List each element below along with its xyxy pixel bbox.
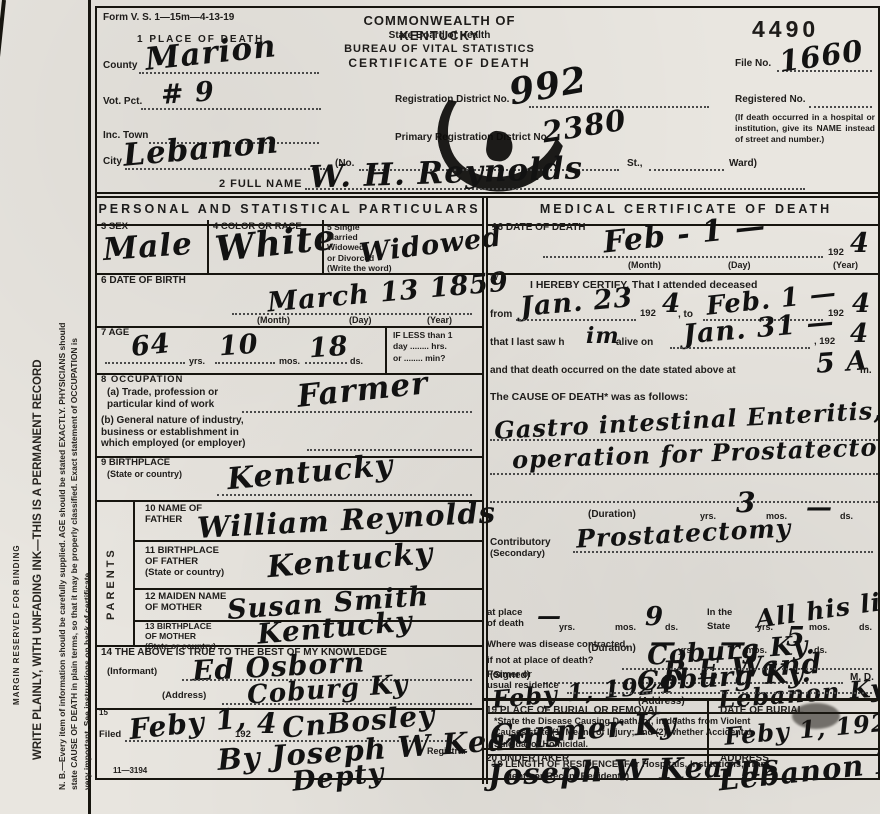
bureau-title: BUREAU OF VITAL STATISTICS <box>332 43 547 56</box>
street-label: St., <box>627 158 643 170</box>
cause-of-death-label: The CAUSE OF DEATH* was as follows: <box>490 391 688 403</box>
sex-value: Male <box>102 229 194 266</box>
row-birthplace: 9 BIRTHPLACE (State or country) Kentucky <box>97 456 482 502</box>
saw-value: Jan. 31 — <box>682 308 835 348</box>
saw-year-base: , 192 <box>814 337 835 348</box>
city-label: City <box>103 156 122 168</box>
dod-year-label: (Year) <box>833 260 858 270</box>
registered-no-label: Registered No. <box>735 94 806 106</box>
informant-address-label: (Address) <box>162 691 206 702</box>
scan-edge-line <box>0 0 6 358</box>
birthplace-state-label: (State or country) <box>107 469 182 479</box>
father-birthplace-label: 11 BIRTHPLACE OF FATHER (State or countr… <box>145 546 224 579</box>
certify-block: 17 I HEREBY CERTIFY, That I attended dec… <box>488 273 880 563</box>
form-number: Form V. S. 1—15m—4-13-19 <box>103 12 234 24</box>
filed-section-number: 15 <box>99 708 108 717</box>
father-name-value: William Reynolds <box>196 498 496 543</box>
age-ds-label: ds. <box>350 356 363 366</box>
parents-block: PARENTS 10 NAME OF FATHER William Reynol… <box>97 500 482 647</box>
secondary-label: (Secondary) <box>490 549 545 560</box>
filed-year-digit: 4 <box>257 710 277 738</box>
duration1-mos-value: 3 <box>736 489 756 517</box>
vot-pct-value: # 9 <box>160 78 216 109</box>
from-value: Jan. 23 <box>519 284 634 321</box>
columns: PERSONAL AND STATISTICAL PARTICULARS 3 S… <box>97 192 878 784</box>
vot-pct-label: Vot. Pct. <box>103 96 142 108</box>
row-undertaker: 20 UNDERTAKER Joseph W Kearns ADDRESS Le… <box>482 748 878 780</box>
age-label: 7 AGE <box>101 328 129 339</box>
contracted-label-1: Where was disease contracted, <box>487 640 628 651</box>
ward-label: Ward) <box>729 158 757 170</box>
file-no-label: File No. <box>735 58 771 70</box>
row-burial: 19 PLACE OF BURIAL OR REMOVAL Canmer Ky … <box>482 698 878 751</box>
ink-smudge <box>792 703 840 729</box>
margin-nb-note: N. B.—Every item of information should b… <box>56 10 93 790</box>
dob-year-label: (Year) <box>427 315 452 325</box>
age-mos-label: mos. <box>279 356 300 366</box>
state-yrs-label: yrs. <box>757 622 773 632</box>
certificate-form: Form V. S. 1—15m—4-13-19 1 PLACE OF DEAT… <box>95 6 880 780</box>
saw-pronoun: im <box>586 325 620 347</box>
row-occupation: 8 OCCUPATION (a) Trade, profession or pa… <box>97 373 482 458</box>
saw-year-digit: 4 <box>850 321 869 347</box>
full-name-label: 2 FULL NAME <box>219 178 303 191</box>
dod-month-label: (Month) <box>628 260 661 270</box>
contributory-value: Prostatectomy <box>575 515 791 551</box>
death-certificate-scan: MARGIN RESERVED FOR BINDING WRITE PLAINL… <box>0 0 880 814</box>
mother-name-label: 12 MAIDEN NAME OF MOTHER <box>145 592 226 614</box>
father-birthplace-value: Kentucky <box>266 539 434 583</box>
to-year-digit: 4 <box>852 291 871 317</box>
if-less-note: IF LESS than 1 day ........ hrs. or ....… <box>393 330 453 364</box>
contributory-label: Contributory <box>490 537 551 549</box>
form-code: 11—3194 <box>113 766 147 775</box>
parents-label: PARENTS <box>105 547 117 620</box>
contracted-label-2: if not at place of death? <box>487 656 594 667</box>
informant-label: (Informant) <box>107 667 157 678</box>
serial-number: 4490 <box>752 16 819 42</box>
deputy-title: Depty <box>291 759 386 796</box>
duration1-ds-value: — <box>806 495 833 521</box>
dob-value: March 13 1859 <box>266 268 510 316</box>
birthplace-label: 9 BIRTHPLACE <box>101 458 170 469</box>
from-label: from <box>490 309 512 321</box>
saw-label-pre: that I last saw h <box>490 337 564 349</box>
filed-label: Filed <box>99 730 121 741</box>
margin-binding-note: MARGIN RESERVED FOR BINDING <box>12 544 21 705</box>
occurred-line: and that death occurred on the date stat… <box>490 365 736 377</box>
age-years-value: 64 <box>130 330 172 361</box>
row-sex-race-marital: 3 SEX Male 4 COLOR OR RACE White 5 Singl… <box>97 220 482 275</box>
hospital-note: (If death occurred in a hospital or inst… <box>735 112 875 145</box>
father-name-label: 10 NAME OF FATHER <box>145 504 202 526</box>
age-days-value: 18 <box>308 333 349 363</box>
at-place-mos-label: mos. <box>615 622 636 632</box>
occupation-b-label: (b) General nature of industry, business… <box>101 415 245 450</box>
board-title: State Board of Health <box>332 30 547 42</box>
at-place-label: at place of death <box>487 608 524 630</box>
medical-section: MEDICAL CERTIFICATE OF DEATH 16 DATE OF … <box>482 198 880 784</box>
state-ds-label: ds. <box>859 622 872 632</box>
row-filed: 15 Filed Feby 1, 192 4 CnBosley Registra… <box>97 708 482 784</box>
row-date-of-death: 16 DATE OF DEATH Feb - 1 — 192 4 (Month)… <box>488 220 880 275</box>
at-place-ds-label: ds. <box>665 622 678 632</box>
occupation-label: 8 OCCUPATION <box>101 375 183 386</box>
age-yrs-label: yrs. <box>189 356 205 366</box>
dob-month-label: (Month) <box>257 315 290 325</box>
occupation-value: Farmer <box>296 368 430 413</box>
occupation-a-label: (a) Trade, profession or particular kind… <box>107 387 218 410</box>
occurred-m-label: m. <box>860 365 872 377</box>
row-date-of-birth: 6 DATE OF BIRTH March 13 1859 (Month) (D… <box>97 273 482 328</box>
birthplace-value: Kentucky <box>226 451 394 495</box>
certificate-title: CERTIFICATE OF DEATH <box>332 57 547 71</box>
dob-label: 6 DATE OF BIRTH <box>101 275 186 287</box>
dod-day-label: (Day) <box>728 260 751 270</box>
margin-write-plainly-note: WRITE PLAINLY, WITH UNFADING INK—THIS IS… <box>32 359 44 760</box>
dod-label: 16 DATE OF DEATH <box>492 222 586 234</box>
age-months-value: 10 <box>218 331 259 361</box>
at-place-yrs-label: yrs. <box>559 622 575 632</box>
from-year-base: 192 <box>640 309 656 320</box>
county-label: County <box>103 60 137 72</box>
filed-date-value: Feby 1, <box>128 704 248 744</box>
certify-number: 17 <box>490 273 499 282</box>
duration1-label: (Duration) <box>588 509 636 521</box>
in-the-label: In the <box>707 608 732 619</box>
dod-year-base: 192 <box>828 248 844 259</box>
former-residence-label: Former or usual residence <box>487 670 559 692</box>
dod-year-digit: 4 <box>850 230 870 257</box>
personal-section: PERSONAL AND STATISTICAL PARTICULARS 3 S… <box>97 198 482 784</box>
saw-label-post: alive on <box>616 337 653 349</box>
dob-day-label: (Day) <box>349 315 372 325</box>
duration1-ds-label: ds. <box>840 511 853 521</box>
state-label: State <box>707 622 730 633</box>
at-place-ds-value: 9 <box>645 604 664 630</box>
